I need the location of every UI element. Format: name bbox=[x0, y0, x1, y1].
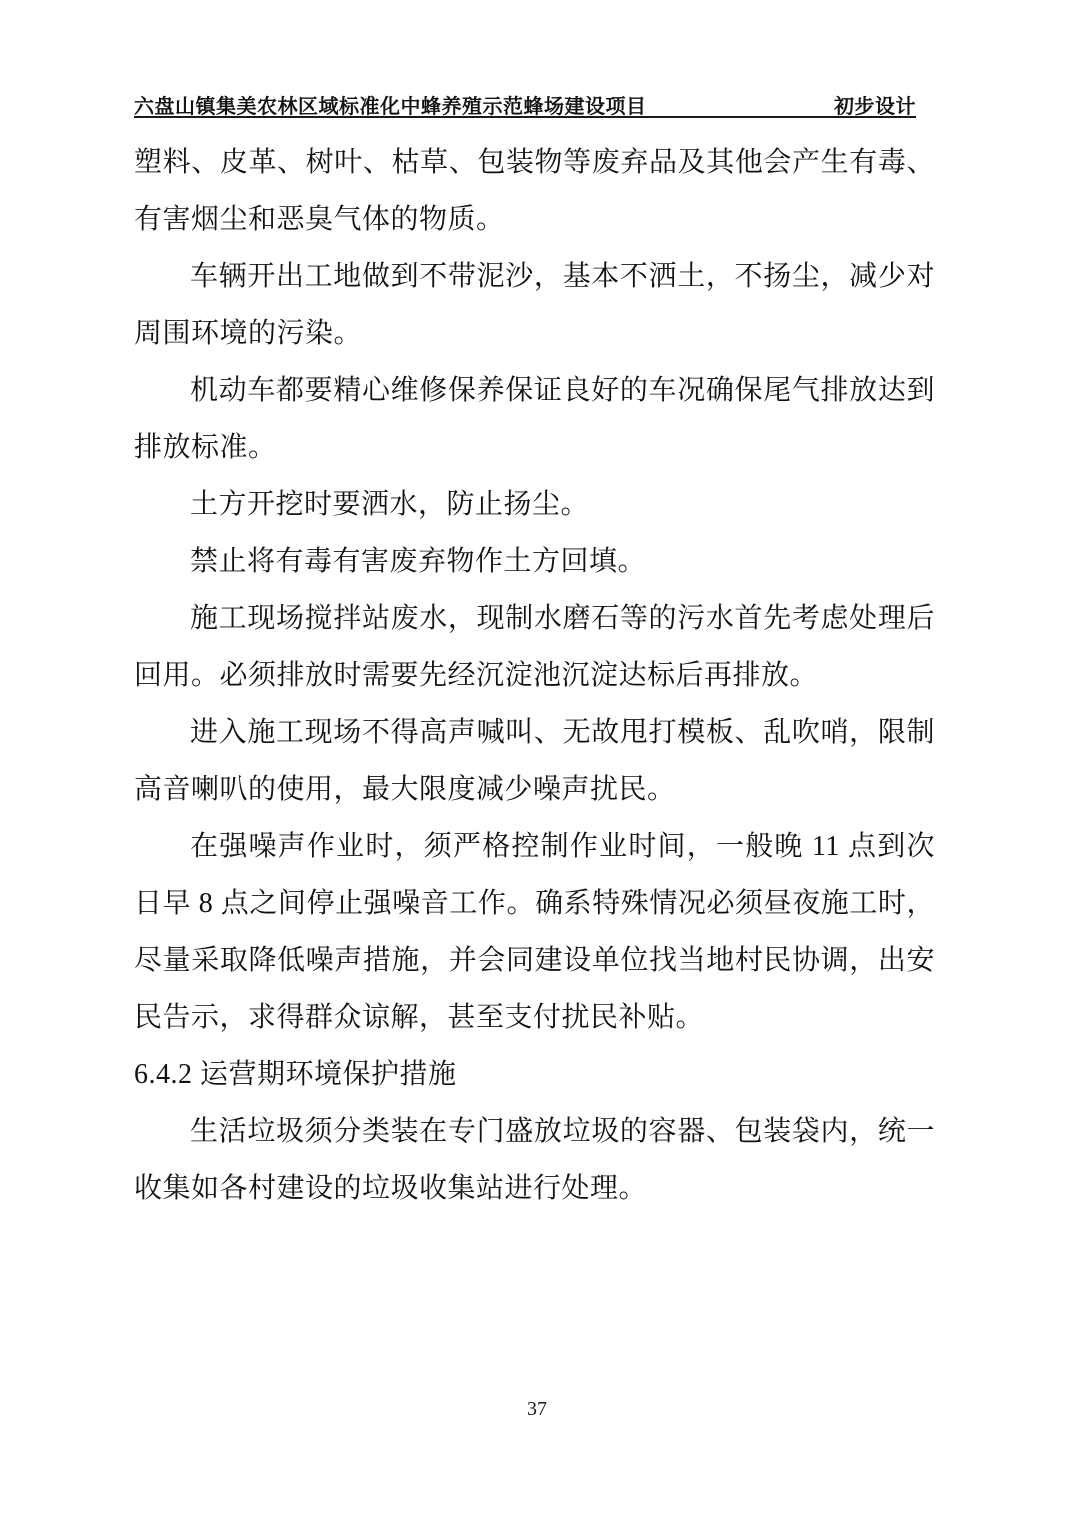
body-paragraph-continuation: 塑料、皮革、树叶、枯草、包装物等废弃品及其他会产生有毒、有害烟尘和恶臭气体的物质… bbox=[134, 134, 935, 248]
body-paragraph: 禁止将有毒有害废弃物作土方回填。 bbox=[134, 533, 935, 590]
section-heading: 6.4.2 运营期环境保护措施 bbox=[134, 1046, 935, 1103]
body-paragraph: 生活垃圾须分类装在专门盛放垃圾的容器、包装袋内，统一收集如各村建设的垃圾收集站进… bbox=[134, 1103, 935, 1217]
header-project-title: 六盘山镇集美农林区域标准化中蜂养殖示范蜂场建设项目 bbox=[134, 90, 647, 119]
body-paragraph: 机动车都要精心维修保养保证良好的车况确保尾气排放达到排放标准。 bbox=[134, 362, 935, 476]
header-doc-type: 初步设计 bbox=[834, 90, 916, 119]
body-paragraph: 在强噪声作业时，须严格控制作业时间，一般晚 11 点到次日早 8 点之间停止强噪… bbox=[134, 818, 935, 1046]
page-number: 37 bbox=[527, 1398, 547, 1420]
page-footer: 37 bbox=[0, 1398, 1074, 1421]
body-paragraph: 施工现场搅拌站废水，现制水磨石等的污水首先考虑处理后回用。必须排放时需要先经沉淀… bbox=[134, 590, 935, 704]
document-page: 六盘山镇集美农林区域标准化中蜂养殖示范蜂场建设项目 初步设计 塑料、皮革、树叶、… bbox=[0, 0, 1074, 1520]
body-paragraph: 土方开挖时要洒水，防止扬尘。 bbox=[134, 476, 935, 533]
header-divider-line bbox=[134, 116, 916, 118]
body-paragraph: 车辆开出工地做到不带泥沙，基本不洒土，不扬尘，减少对周围环境的污染。 bbox=[134, 248, 935, 362]
document-body: 塑料、皮革、树叶、枯草、包装物等废弃品及其他会产生有毒、有害烟尘和恶臭气体的物质… bbox=[134, 134, 935, 1217]
body-paragraph: 进入施工现场不得高声喊叫、无故甩打模板、乱吹哨，限制高音喇叭的使用，最大限度减少… bbox=[134, 704, 935, 818]
page-header: 六盘山镇集美农林区域标准化中蜂养殖示范蜂场建设项目 初步设计 bbox=[134, 90, 916, 119]
